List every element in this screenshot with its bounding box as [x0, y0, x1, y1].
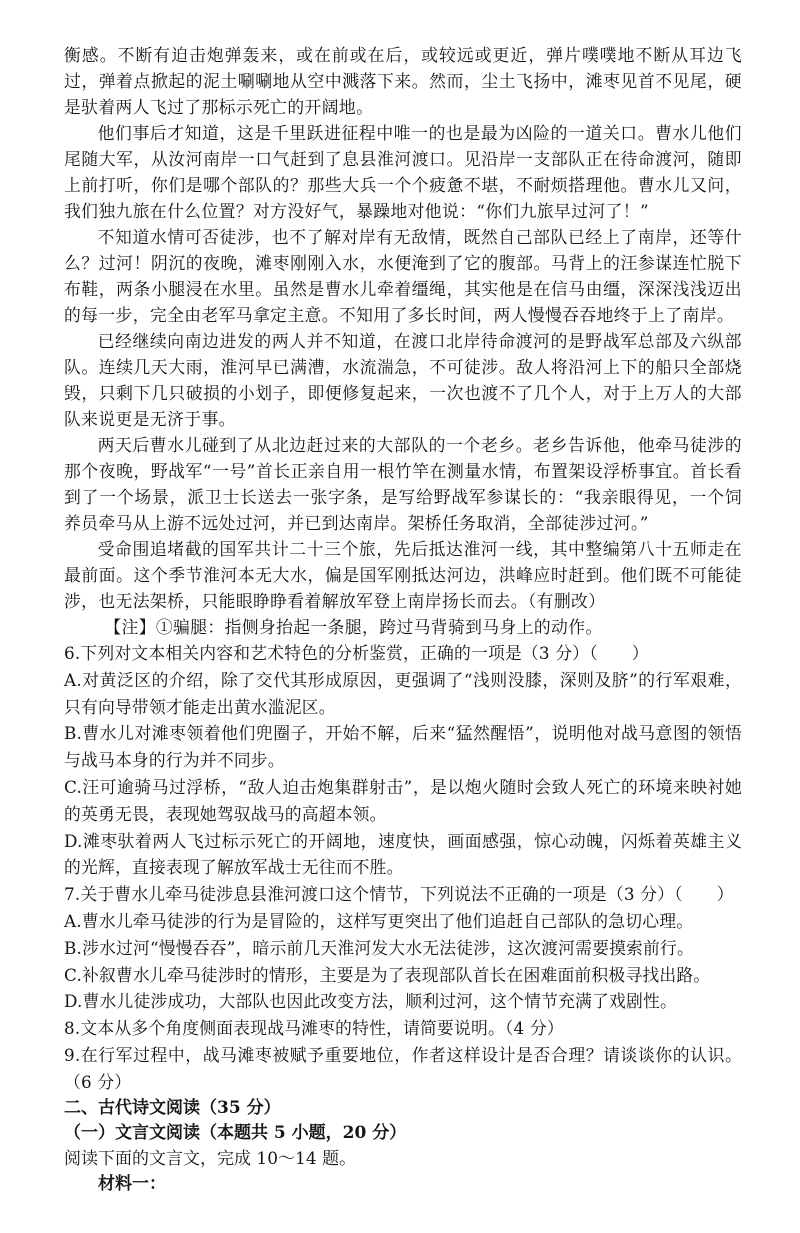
question-7-stem: 7.关于曹水儿牵马徒涉息县淮河渡口这个情节，下列说法不正确的一项是（3 分）（ …	[64, 881, 742, 908]
passage-paragraph-continuation: 衡感。不断有迫击炮弹轰来，或在前或在后，或较远或更近，弹片噗噗地不断从耳边飞过，…	[64, 42, 742, 120]
question-8-stem: 8.文本从多个角度侧面表现战马滩枣的特性，请简要说明。（4 分）	[64, 1015, 742, 1042]
question-list: 6.下列对文本相关内容和艺术特色的分析鉴赏，正确的一项是（3 分）（ ） A.对…	[64, 640, 742, 1096]
question-9: 9.在行军过程中，战马滩枣被赋予重要地位，作者这样设计是否合理？请谈谈你的认识。…	[64, 1042, 742, 1096]
question-6-option-c: C.汪可逾骑马过浮桥，“敌人迫击炮集群射击”，是以炮火随时会致人死亡的环境来映衬…	[64, 774, 742, 828]
question-6: 6.下列对文本相关内容和艺术特色的分析鉴赏，正确的一项是（3 分）（ ） A.对…	[64, 640, 742, 881]
question-7: 7.关于曹水儿牵马徒涉息县淮河渡口这个情节，下列说法不正确的一项是（3 分）（ …	[64, 881, 742, 1015]
question-9-stem: 9.在行军过程中，战马滩枣被赋予重要地位，作者这样设计是否合理？请谈谈你的认识。…	[64, 1042, 742, 1096]
passage-footnote: 【注】①骗腿：指侧身抬起一条腿，跨过马背骑到马身上的动作。	[64, 614, 742, 640]
passage-paragraph: 他们事后才知道，这是千里跃进征程中唯一的也是最为凶险的一道关口。曹水儿他们尾随大…	[64, 120, 742, 224]
question-8: 8.文本从多个角度侧面表现战马滩枣的特性，请简要说明。（4 分）	[64, 1015, 742, 1042]
material-one-label: 材料一：	[64, 1172, 742, 1198]
question-7-option-d: D.曹水儿徒涉成功，大部队也因此改变方法，顺利过河，这个情节充满了戏剧性。	[64, 988, 742, 1015]
passage-paragraph: 两天后曹水儿碰到了从北边赶过来的大部队的一个老乡。老乡告诉他，他牵马徒涉的那个夜…	[64, 432, 742, 536]
section-subheading: （一）文言文阅读（本题共 5 小题，20 分）	[64, 1121, 742, 1147]
section-instruction: 阅读下面的文言文，完成 10～14 题。	[64, 1147, 742, 1173]
question-7-option-a: A.曹水儿牵马徒涉的行为是冒险的，这样写更突出了他们追赶自己部队的急切心理。	[64, 908, 742, 935]
question-6-option-a: A.对黄泛区的介绍，除了交代其形成原因，更强调了“浅则没膝，深则及脐”的行军艰难…	[64, 667, 742, 721]
section-two: 二、古代诗文阅读（35 分） （一）文言文阅读（本题共 5 小题，20 分） 阅…	[64, 1096, 742, 1198]
passage-paragraph: 受命围追堵截的国军共计二十三个旅，先后抵达淮河一线，其中整编第八十五师走在最前面…	[64, 536, 742, 614]
question-6-stem: 6.下列对文本相关内容和艺术特色的分析鉴赏，正确的一项是（3 分）（ ）	[64, 640, 742, 667]
question-6-option-d: D.滩枣驮着两人飞过标示死亡的开阔地，速度快，画面感强，惊心动魄，闪烁着英雄主义…	[64, 828, 742, 882]
section-heading: 二、古代诗文阅读（35 分）	[64, 1096, 742, 1122]
question-7-option-b: B.涉水过河“慢慢吞吞”，暗示前几天淮河发大水无法徒涉，这次渡河需要摸索前行。	[64, 935, 742, 962]
question-7-option-c: C.补叙曹水儿牵马徒涉时的情形，主要是为了表现部队首长在困难面前积极寻找出路。	[64, 962, 742, 989]
passage-paragraph: 已经继续向南边进发的两人并不知道，在渡口北岸待命渡河的是野战军总部及六纵部队。连…	[64, 328, 742, 432]
question-6-option-b: B.曹水儿对滩枣领着他们兜圈子，开始不解，后来“猛然醒悟”，说明他对战马意图的领…	[64, 720, 742, 774]
reading-passage: 衡感。不断有迫击炮弹轰来，或在前或在后，或较远或更近，弹片噗噗地不断从耳边飞过，…	[64, 42, 742, 640]
exam-page: 衡感。不断有迫击炮弹轰来，或在前或在后，或较远或更近，弹片噗噗地不断从耳边飞过，…	[0, 0, 800, 1233]
passage-paragraph: 不知道水情可否徒涉，也不了解对岸有无敌情，既然自己部队已经上了南岸，还等什么？过…	[64, 224, 742, 328]
